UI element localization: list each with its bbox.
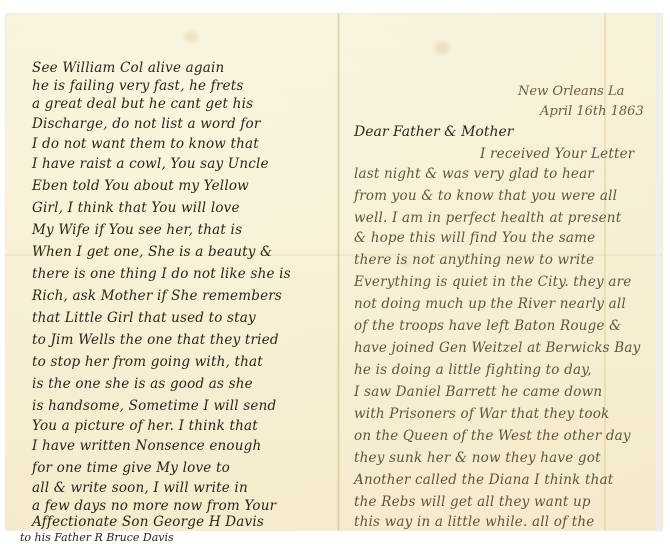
left-page: See William Col alive again he is failin…: [6, 14, 334, 530]
letter-line: You a picture of her. I think that: [32, 418, 258, 434]
scanned-letter: See William Col alive again he is failin…: [0, 0, 670, 534]
letter-line: & hope this will find You the same: [354, 230, 595, 246]
letter-line: Eben told You about my Yellow: [32, 178, 249, 194]
letter-line: a great deal but he cant get his: [32, 96, 253, 112]
letter-line: they sunk her & now they have got: [354, 450, 601, 466]
letter-place: New Orleans La: [518, 84, 624, 99]
letter-line: for one time give My love to: [32, 460, 230, 476]
letter-line: My Wife if You see her, that is: [32, 222, 242, 238]
letter-line: he is doing a little fighting to day,: [354, 362, 592, 378]
letter-line: I have raist a cowl, You say Uncle: [32, 156, 269, 172]
letter-salutation: Dear Father & Mother: [354, 124, 513, 140]
letter-line: all & write soon, I will write in: [32, 480, 248, 496]
letter-line: is handsome, Sometime I will send: [32, 398, 276, 414]
letter-line: have joined Gen Weitzel at Berwicks Bay: [354, 340, 640, 356]
letter-line: last night & was very glad to hear: [354, 166, 594, 182]
letter-line: from you & to know that you were all: [354, 188, 617, 204]
letter-line: I have written Nonsence enough: [32, 438, 261, 454]
letter-line: I received Your Letter: [480, 146, 634, 162]
letter-line: there is one thing I do not like she is: [32, 266, 291, 282]
letter-sheet: See William Col alive again he is failin…: [6, 14, 662, 530]
right-page: New Orleans La April 16th 1863 Dear Fath…: [340, 14, 662, 530]
letter-line: is the one she is as good as she: [32, 376, 253, 392]
letter-line: Everything is quiet in the City. they ar…: [354, 274, 631, 290]
letter-line: that Little Girl that used to stay: [32, 310, 256, 326]
letter-line: I saw Daniel Barrett he came down: [354, 384, 602, 400]
letter-line: When I get one, She is a beauty &: [32, 244, 272, 260]
letter-line: on the Queen of the West the other day: [354, 428, 631, 444]
letter-line: of the troops have left Baton Rouge &: [354, 318, 621, 334]
letter-line: he is failing very fast, he frets: [32, 78, 243, 94]
signature-line: Affectionate Son George H Davis: [32, 514, 264, 530]
letter-line: a few days no more now from Your: [32, 498, 276, 514]
letter-line: See William Col alive again: [32, 60, 224, 76]
letter-line: this way in a little while. all of the: [354, 514, 594, 530]
letter-line: Discharge, do not list a word for: [32, 116, 261, 132]
letter-line: to stop her from going with, that: [32, 354, 263, 370]
letter-line: Another called the Diana I think that: [354, 472, 613, 488]
letter-line: Girl, I think that You will love: [32, 200, 240, 216]
letter-line: well. I am in perfect health at present: [354, 210, 621, 226]
letter-line: there is not anything new to write: [354, 252, 594, 268]
letter-line: not doing much up the River nearly all: [354, 296, 626, 312]
letter-line: the Rebs will get all they want up: [354, 494, 591, 510]
letter-line: I do not want them to know that: [32, 136, 259, 152]
letter-line: Rich, ask Mother if She remembers: [32, 288, 282, 304]
letter-line: to Jim Wells the one that they tried: [32, 332, 279, 348]
letter-date: April 16th 1863: [540, 104, 644, 119]
letter-line: with Prisoners of War that they took: [354, 406, 609, 422]
scan-edge: [656, 14, 660, 530]
